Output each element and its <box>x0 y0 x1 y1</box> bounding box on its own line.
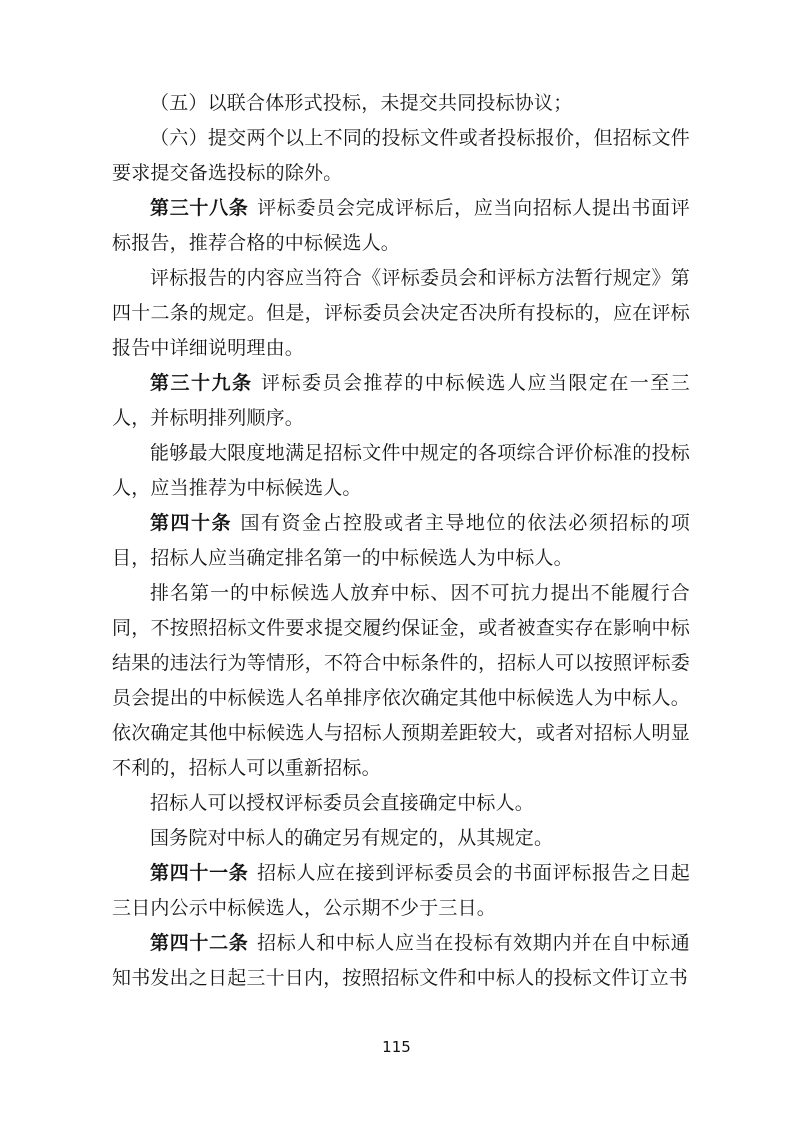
paragraph: 第四十条国有资金占控股或者主导地位的依法必须招标的项目，招标人应当确定排名第一的… <box>112 506 690 576</box>
article-number: 第四十一条 <box>150 863 249 884</box>
page-footer: 115 <box>0 1038 793 1057</box>
paragraph: （六）提交两个以上不同的投标文件或者投标报价，但招标文件要求提交备选投标的除外。 <box>112 121 690 191</box>
article-number: 第四十二条 <box>150 933 249 954</box>
paragraph: （五）以联合体形式投标，未提交共同投标协议； <box>112 86 690 121</box>
paragraph-text: （五）以联合体形式投标，未提交共同投标协议； <box>150 93 572 114</box>
paragraph: 排名第一的中标候选人放弃中标、因不可抗力提出不能履行合同，不按照招标文件要求提交… <box>112 576 690 786</box>
paragraph-text: 国务院对中标人的确定另有规定的，从其规定。 <box>150 828 553 849</box>
paragraph-text: 能够最大限度地满足招标文件中规定的各项综合评价标准的投标人，应当推荐为中标候选人… <box>112 443 690 499</box>
paragraph-text: 招标人可以授权评标委员会直接确定中标人。 <box>150 793 534 814</box>
paragraph: 国务院对中标人的确定另有规定的，从其规定。 <box>112 821 690 856</box>
document-body: （五）以联合体形式投标，未提交共同投标协议； （六）提交两个以上不同的投标文件或… <box>112 86 690 996</box>
paragraph: 第四十一条招标人应在接到评标委员会的书面评标报告之日起三日内公示中标候选人，公示… <box>112 856 690 926</box>
article-number: 第三十八条 <box>150 198 249 219</box>
document-page: （五）以联合体形式投标，未提交共同投标协议； （六）提交两个以上不同的投标文件或… <box>0 0 793 1122</box>
article-number: 第三十九条 <box>150 373 252 394</box>
paragraph-text: 排名第一的中标候选人放弃中标、因不可抗力提出不能履行合同，不按照招标文件要求提交… <box>112 583 690 779</box>
paragraph: 第四十二条招标人和中标人应当在投标有效期内并在自中标通知书发出之日起三十日内，按… <box>112 926 690 996</box>
paragraph-text: （六）提交两个以上不同的投标文件或者投标报价，但招标文件要求提交备选投标的除外。 <box>112 128 690 184</box>
paragraph: 能够最大限度地满足招标文件中规定的各项综合评价标准的投标人，应当推荐为中标候选人… <box>112 436 690 506</box>
paragraph: 第三十九条评标委员会推荐的中标候选人应当限定在一至三人，并标明排列顺序。 <box>112 366 690 436</box>
paragraph: 第三十八条评标委员会完成评标后，应当向招标人提出书面评标报告，推荐合格的中标候选… <box>112 191 690 261</box>
paragraph-text: 评标报告的内容应当符合《评标委员会和评标方法暂行规定》第四十二条的规定。但是，评… <box>112 268 690 359</box>
article-number: 第四十条 <box>150 513 232 534</box>
page-number: 115 <box>382 1038 411 1056</box>
paragraph: 招标人可以授权评标委员会直接确定中标人。 <box>112 786 690 821</box>
paragraph: 评标报告的内容应当符合《评标委员会和评标方法暂行规定》第四十二条的规定。但是，评… <box>112 261 690 366</box>
